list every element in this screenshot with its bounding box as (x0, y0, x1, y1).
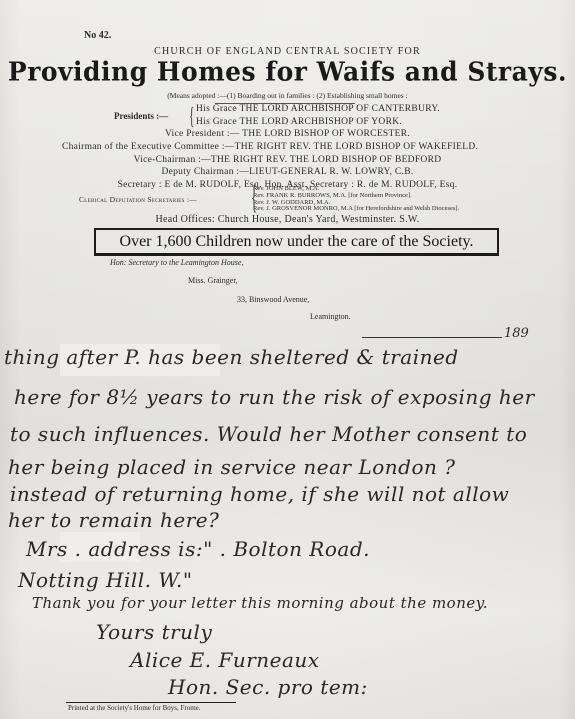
handwritten-line: instead of returning home, if she will n… (10, 482, 509, 506)
date-line (362, 337, 502, 338)
handwritten-line: Mrs . address is:" . Bolton Road. (26, 537, 370, 561)
town: Leamington. (310, 312, 351, 321)
handwritten-closing: Yours truly (96, 620, 212, 644)
footer-rule (66, 702, 236, 703)
clerical-item: Rev. J. GROSVENOR MONRO, M.A [for Herefo… (253, 206, 459, 213)
handwritten-line: her to remain here? (8, 508, 219, 532)
vice-chairman: Vice-Chairman :—THE RIGHT REV. THE LORD … (0, 155, 575, 165)
handwritten-line: here for 8½ years to run the risk of exp… (14, 385, 535, 409)
brace-icon: { (189, 104, 194, 131)
means-adopted: (Means adopted :—(1) Boarding out in fam… (0, 91, 575, 100)
children-banner: Over 1,600 Children now under the care o… (94, 228, 499, 256)
head-offices: Head Offices: Church House, Dean's Yard,… (0, 214, 575, 225)
handwritten-signature: Alice E. Furneaux (130, 648, 320, 672)
president-york: His Grace THE LORD ARCHBISHOP OF YORK. (196, 117, 402, 127)
handwritten-line: Notting Hill. W." (18, 568, 193, 592)
president-canterbury: His Grace THE LORD ARCHBISHOP OF CANTERB… (196, 104, 440, 114)
handwritten-title: Hon. Sec. pro tem: (168, 675, 368, 699)
handwritten-line: Thank you for your letter this morning a… (32, 594, 488, 612)
letterhead-title: Providing Homes for Waifs and Strays. (0, 56, 575, 86)
deputy-chairman: Deputy Chairman :—LIEUT-GENERAL R. W. LO… (0, 167, 575, 177)
vice-president: Vice President :— THE LORD BISHOP OF WOR… (0, 129, 575, 139)
year-prefix: 189 (504, 326, 529, 341)
street-address: 33, Binswood Avenue, (237, 295, 309, 304)
chairman: Chairman of the Executive Committee :—TH… (62, 142, 478, 152)
handwritten-line: her being placed in service near London … (8, 455, 455, 479)
hon-secretary-line: Hon: Secretary to the Leamington House, (110, 258, 243, 267)
printer-footer: Printed at the Society's Home for Boys, … (68, 704, 201, 712)
handwritten-line: thing after P. has been sheltered & trai… (4, 345, 459, 369)
recipient-name: Miss. Grainger, (188, 276, 238, 285)
presidents-label: Presidents :— (114, 111, 168, 121)
clerical-list: Rev. JOHN BLEW, M.A. Rev. FRANK R. BURRO… (253, 186, 459, 213)
handwritten-line: to such influences. Would her Mother con… (10, 422, 527, 446)
letter-number: No 42. (84, 30, 111, 41)
clerical-label: Clerical Deputation Secretaries :— (79, 195, 197, 204)
